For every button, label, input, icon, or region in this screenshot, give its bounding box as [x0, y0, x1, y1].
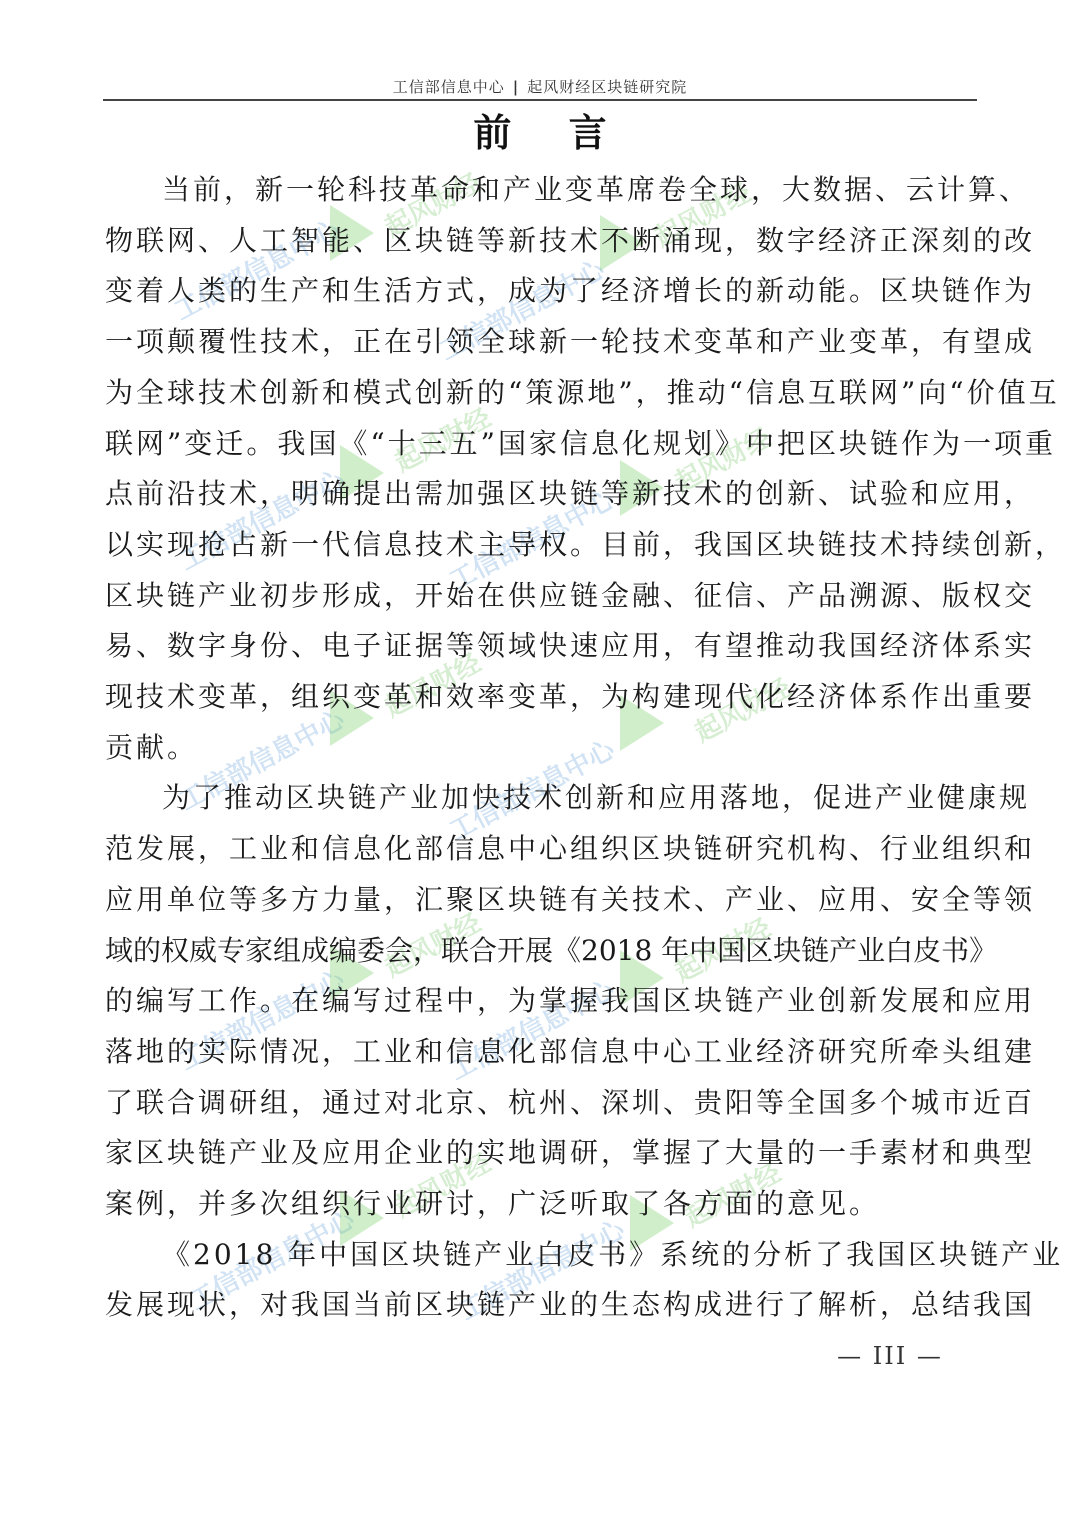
text-line: 物联网、人工智能、区块链等新技术不断涌现，数字经济正深刻的改	[105, 216, 977, 267]
page-title: 前 言	[103, 108, 977, 158]
text-line: 点前沿技术，明确提出需加强区块链等新技术的创新、试验和应用，	[105, 469, 977, 520]
header-rule	[103, 99, 977, 101]
header-institute: 起风财经区块链研究院	[527, 78, 687, 96]
text-line: 一项颠覆性技术，正在引领全球新一轮技术变革和产业变革，有望成	[105, 317, 977, 368]
text-line: 以实现抢占新一代信息技术主导权。目前，我国区块链技术持续创新，	[105, 520, 977, 571]
text-line: 《2018 年中国区块链产业白皮书》系统的分析了我国区块链产业	[105, 1230, 977, 1281]
text-line: 贡献。	[105, 723, 977, 774]
text-line: 当前，新一轮科技革命和产业变革席卷全球，大数据、云计算、	[105, 165, 977, 216]
paragraph-2: 为了推动区块链产业加快技术创新和应用落地，促进产业健康规 范发展，工业和信息化部…	[105, 773, 977, 1229]
text-line: 应用单位等多方力量，汇聚区块链有关技术、产业、应用、安全等领	[105, 875, 977, 926]
paragraph-3: 《2018 年中国区块链产业白皮书》系统的分析了我国区块链产业 发展现状，对我国…	[105, 1230, 977, 1331]
text-line: 区块链产业初步形成，开始在供应链金融、征信、产品溯源、版权交	[105, 571, 977, 622]
text-line: 落地的实际情况，工业和信息化部信息中心工业经济研究所牵头组建	[105, 1027, 977, 1078]
text-line: 了联合调研组，通过对北京、杭州、深圳、贵阳等全国多个城市近百	[105, 1078, 977, 1129]
text-line: 变着人类的生产和生活方式，成为了经济增长的新动能。区块链作为	[105, 266, 977, 317]
paragraph-1: 当前，新一轮科技革命和产业变革席卷全球，大数据、云计算、 物联网、人工智能、区块…	[105, 165, 977, 773]
text-line: 易、数字身份、电子证据等领域快速应用，有望推动我国经济体系实	[105, 621, 977, 672]
text-line: 发展现状，对我国当前区块链产业的生态构成进行了解析，总结我国	[105, 1280, 977, 1331]
text-line: 联网”变迁。我国《“十三五”国家信息化规划》中把区块链作为一项重	[105, 419, 977, 470]
running-header: 工信部信息中心|起风财经区块链研究院	[103, 76, 977, 98]
text-line: 域的权威专家组成编委会，联合开展《2018 年中国区块链产业白皮书》	[105, 926, 977, 977]
document-body: 当前，新一轮科技革命和产业变革席卷全球，大数据、云计算、 物联网、人工智能、区块…	[105, 165, 977, 1331]
text-line: 家区块链产业及应用企业的实地调研，掌握了大量的一手素材和典型	[105, 1128, 977, 1179]
page-number: — III —	[820, 1342, 960, 1370]
header-org: 工信部信息中心	[393, 78, 505, 96]
text-line: 为了推动区块链产业加快技术创新和应用落地，促进产业健康规	[105, 773, 977, 824]
text-line: 为全球技术创新和模式创新的“策源地”，推动“信息互联网”向“价值互	[105, 368, 977, 419]
header-separator: |	[513, 78, 519, 96]
text-line: 现技术变革，组织变革和效率变革，为构建现代化经济体系作出重要	[105, 672, 977, 723]
text-line: 范发展，工业和信息化部信息中心组织区块链研究机构、行业组织和	[105, 824, 977, 875]
text-line: 的编写工作。在编写过程中，为掌握我国区块链产业创新发展和应用	[105, 976, 977, 1027]
text-line: 案例，并多次组织行业研讨，广泛听取了各方面的意见。	[105, 1179, 977, 1230]
